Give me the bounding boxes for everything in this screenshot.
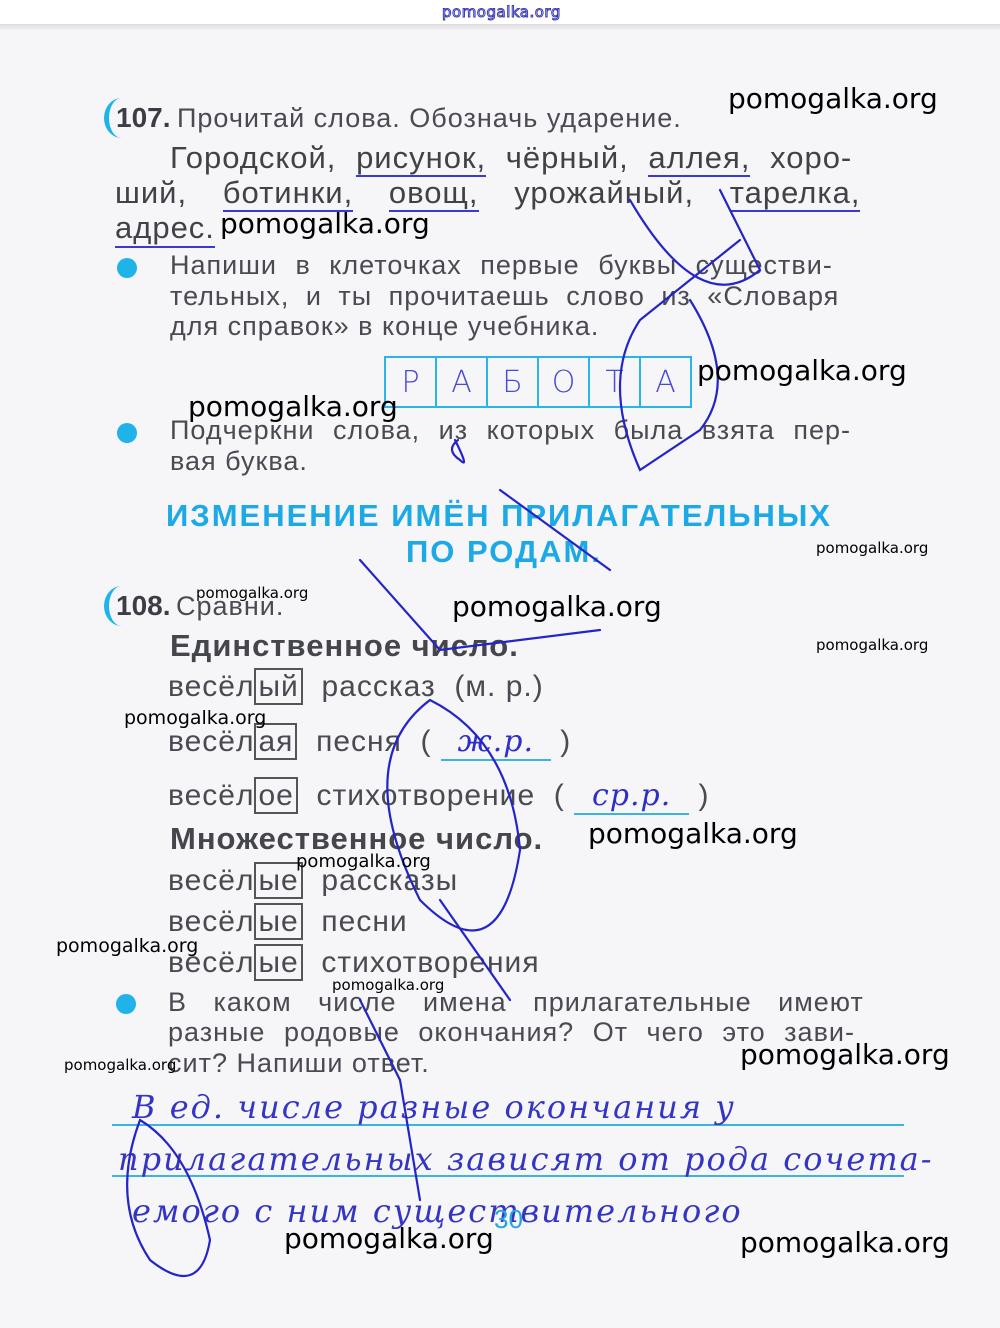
watermark: pomogalka.org: [56, 935, 198, 957]
watermark: pomogalka.org: [332, 976, 444, 994]
watermark: pomogalka.org: [740, 1038, 950, 1071]
watermark: pomogalka.org: [220, 207, 430, 240]
watermark: pomogalka.org: [284, 1222, 494, 1255]
watermark: pomogalka.org: [816, 539, 928, 557]
watermark: pomogalka.org: [124, 707, 266, 729]
pen-scribble-icon: [0, 0, 1000, 1328]
watermark: pomogalka.org: [296, 851, 431, 872]
watermark: pomogalka.org: [740, 1226, 950, 1259]
watermark: pomogalka.org: [816, 636, 928, 654]
watermark: pomogalka.org: [452, 590, 662, 623]
watermark: pomogalka.org: [588, 817, 798, 850]
watermark: pomogalka.org: [728, 82, 938, 115]
watermark: pomogalka.org: [64, 1056, 176, 1074]
watermark: pomogalka.org: [188, 390, 398, 423]
watermark: pomogalka.org: [196, 584, 308, 602]
watermark: pomogalka.org: [697, 354, 907, 387]
